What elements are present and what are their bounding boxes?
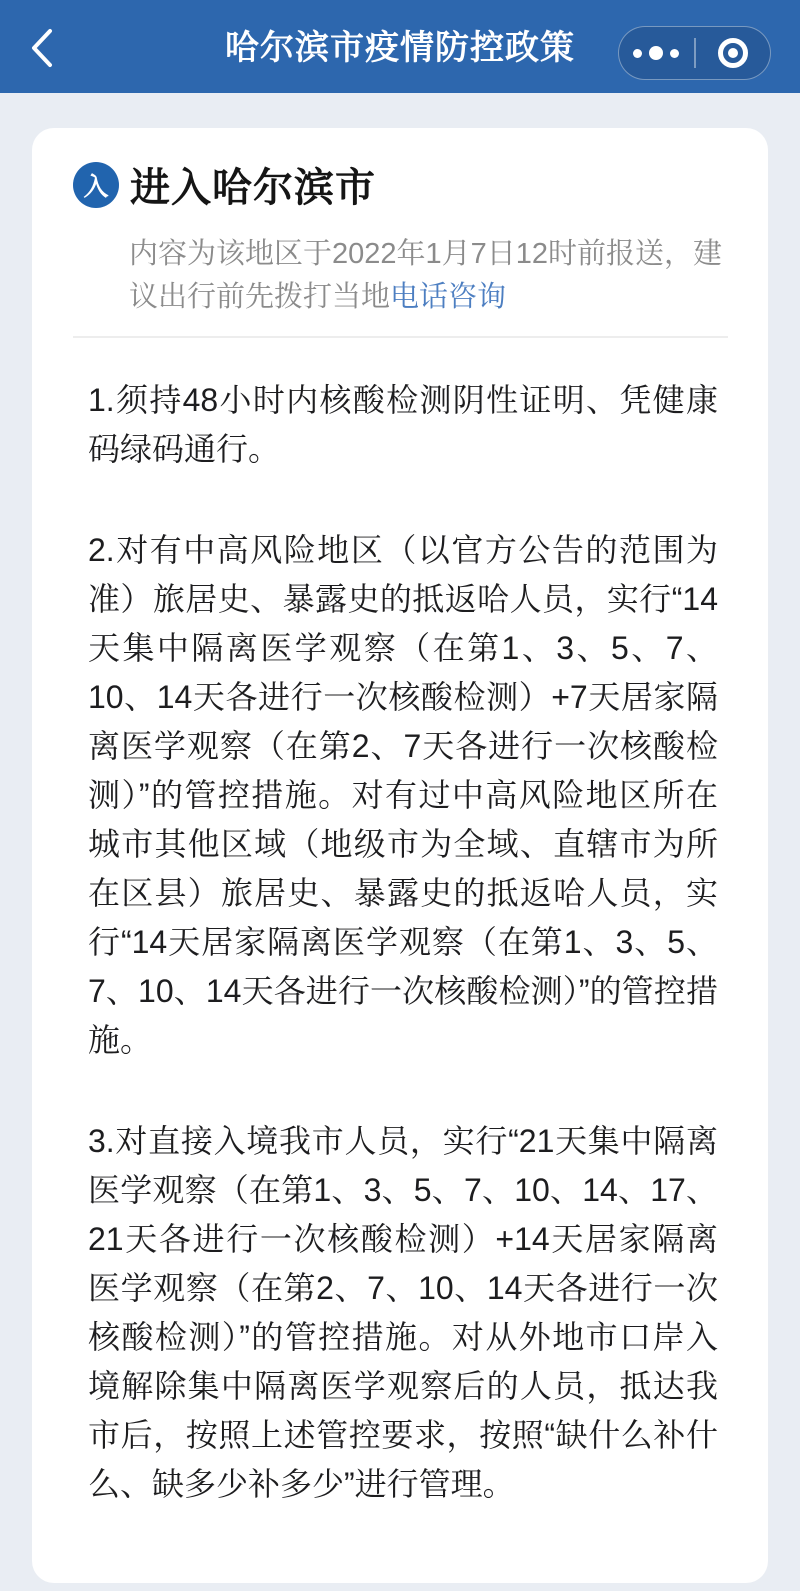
subtitle: 内容为该地区于2022年1月7日12时前报送，建议出行前先拨打当地电话咨询 <box>129 233 728 319</box>
policy-card: 入 进入哈尔滨市 内容为该地区于2022年1月7日12时前报送，建议出行前先拨打… <box>32 128 768 1583</box>
policy-paragraph-1: 1.须持48小时内核酸检测阴性证明、凭健康码绿码通行。 <box>88 376 718 474</box>
section-title: 进入哈尔滨市 <box>130 156 376 213</box>
phone-consult-link[interactable]: 电话咨询 <box>390 281 506 313</box>
policy-body: 1.须持48小时内核酸检测阴性证明、凭健康码绿码通行。 2.对有中高风险地区（以… <box>88 376 718 1509</box>
more-button[interactable] <box>619 27 694 79</box>
wechat-capsule <box>618 26 771 80</box>
policy-paragraph-2: 2.对有中高风险地区（以官方公告的范围为准）旅居史、暴露史的抵返哈人员，实行“1… <box>88 526 718 1065</box>
record-circle-icon <box>718 38 748 68</box>
three-dots-icon <box>633 46 679 60</box>
policy-paragraph-3: 3.对直接入境我市人员，实行“21天集中隔离医学观察（在第1、3、5、7、10、… <box>88 1117 718 1509</box>
navbar: 哈尔滨市疫情防控政策 <box>0 0 800 93</box>
exit-button[interactable] <box>696 27 771 79</box>
section-heading: 入 进入哈尔滨市 <box>73 156 728 213</box>
divider <box>73 336 728 338</box>
mini-program-screen: 哈尔滨市疫情防控政策 入 进入哈尔滨市 内容为该地区于2022年1月7日12时前… <box>0 0 800 1583</box>
enter-icon: 入 <box>73 162 119 208</box>
